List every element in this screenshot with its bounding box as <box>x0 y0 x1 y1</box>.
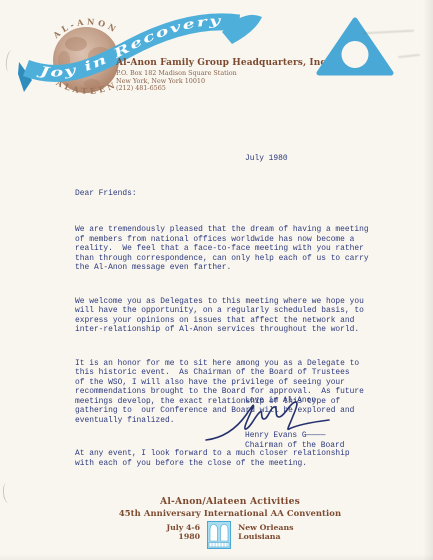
salutation: Dear Friends: <box>75 189 137 198</box>
scan-edge-shadow <box>423 0 433 560</box>
text-line: New Orleans <box>238 523 293 532</box>
text-line: this historic event. As Chairman of the … <box>75 368 369 378</box>
paragraph-1: We are tremendously pleased that the dre… <box>75 225 369 273</box>
text-line: express your opinions on issues that aff… <box>75 316 369 326</box>
text-line: 1980 <box>166 532 200 541</box>
text-line: the Al-Anon message even farther. <box>75 263 369 273</box>
convention-footer: Al-Anon/Alateen Activities 45th Annivers… <box>74 496 386 549</box>
org-address: P.O. Box 182 Madison Square StationNew Y… <box>116 70 237 93</box>
al-anon-triangle-icon <box>315 16 395 78</box>
text-line: July 4-6 <box>166 523 200 532</box>
letter-date: July 1980 <box>245 154 288 163</box>
convention-dates: July 4-61980 <box>166 521 200 541</box>
text-line: will have the opportunity, on a regularl… <box>75 306 369 316</box>
scanned-letter-page: { "colors": { "paper": "#f9f6ef", "banne… <box>0 0 433 560</box>
footer-convention-line: 45th Anniversary International AA Conven… <box>74 508 386 518</box>
text-line: of the WSO, I will also have the privile… <box>75 378 369 388</box>
scan-edge-shadow <box>0 554 433 560</box>
text-line: than through correspondence, can only he… <box>75 254 369 264</box>
text-line: recommendations brought to the Board for… <box>75 387 369 397</box>
paragraph-4: At any event, I look forward to a much c… <box>75 449 369 468</box>
text-line: Louisiana <box>238 532 293 541</box>
footer-detail-row: July 4-61980 New OrleansLouisiana <box>74 521 386 549</box>
signed-name: Henry Evans G———— <box>245 431 326 440</box>
text-line: We are tremendously pleased that the dre… <box>75 225 369 235</box>
scan-smudge <box>398 54 420 58</box>
paragraph-2: We welcome you as Delegates to this meet… <box>75 297 369 335</box>
signed-title: Chairman of the Board <box>245 441 344 450</box>
text-line: of members from national offices worldwi… <box>75 235 369 245</box>
text-line: (212) 481-6565 <box>116 85 237 93</box>
text-line: We welcome you as Delegates to this meet… <box>75 297 369 307</box>
french-doors-icon <box>207 521 231 549</box>
text-line: At any event, I look forward to a much c… <box>75 449 369 459</box>
text-line: It is an honor for me to sit here among … <box>75 359 369 369</box>
footer-activities-line: Al-Anon/Alateen Activities <box>74 496 386 507</box>
text-line: inter-relationship of Al-Anon services t… <box>75 325 369 335</box>
org-name: Al-Anon Family Group Headquarters, Inc. <box>116 58 329 68</box>
convention-location: New OrleansLouisiana <box>238 521 293 541</box>
paper-crease <box>2 483 13 504</box>
paper-crease <box>5 49 17 72</box>
text-line: with each of you before the close of the… <box>75 459 369 469</box>
text-line: reality. We feel that a face-to-face mee… <box>75 244 369 254</box>
